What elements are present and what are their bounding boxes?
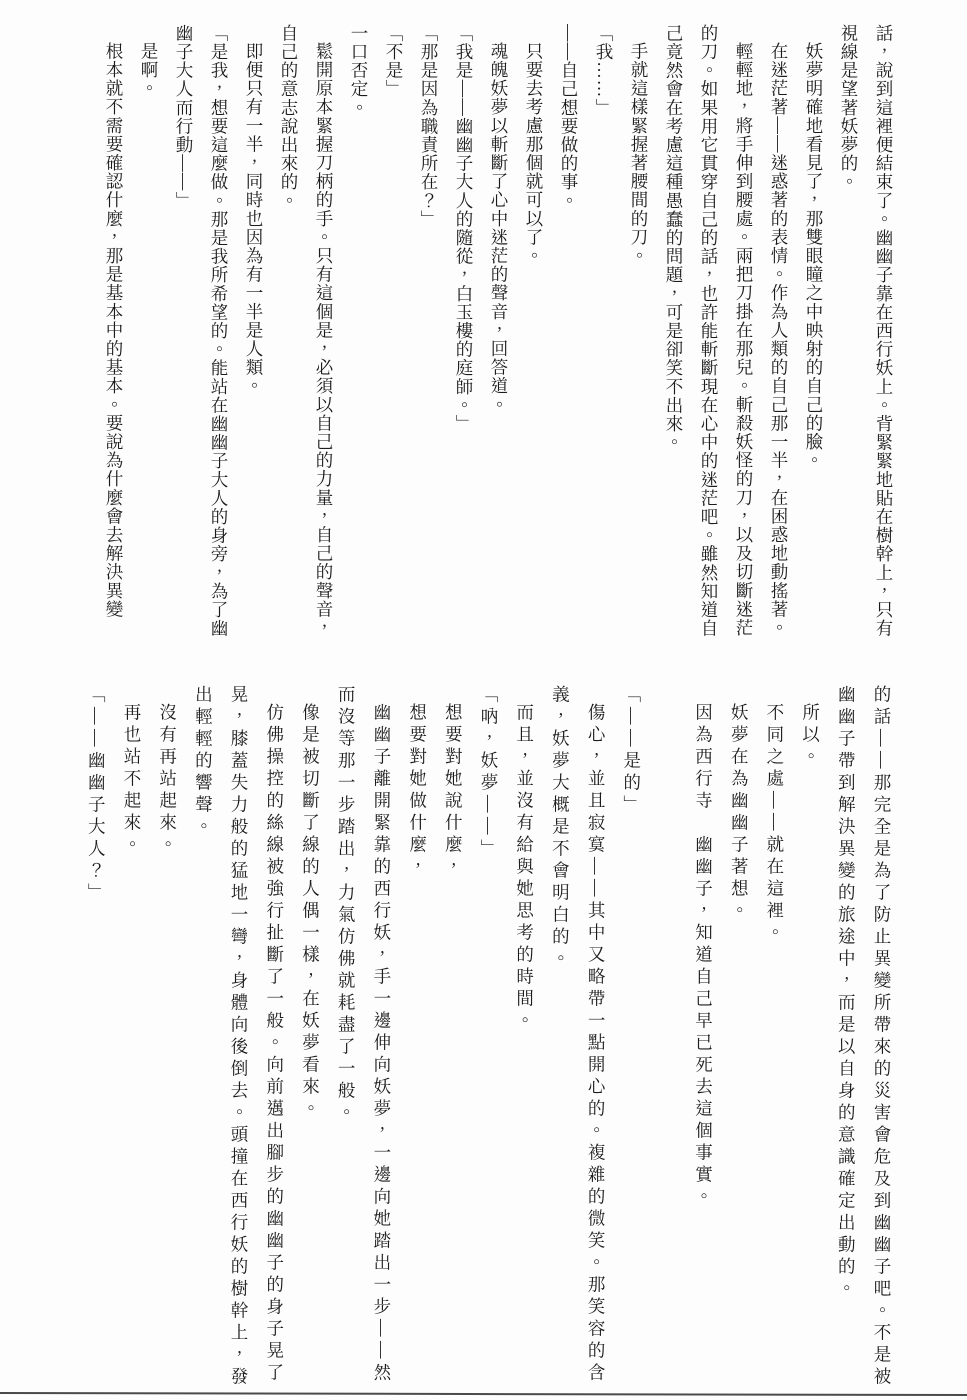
paragraph: 沒有再站起來。	[149, 685, 185, 1389]
paragraph: 幽幽子離開緊靠的西行妖，手一邊伸向妖夢，一邊向她踏出一步——然而沒等那一步踏出，…	[327, 685, 398, 1389]
paragraph: 不同之處——就在這裡。	[756, 685, 792, 1389]
paragraph: 手就這樣緊握著腰間的刀。	[621, 24, 656, 640]
paragraph: 的話——那完全是為了防止異變所帶來的災害會危及到幽幽子吧。不是被幽幽子帶到解決異…	[828, 685, 899, 1389]
paragraph: 話，說到這裡便結束了。幽幽子靠在西行妖上。背緊緊地貼在樹幹上，只有視線是望著妖夢…	[831, 24, 901, 640]
paragraph: 仿佛操控的絲線被強行扯斷了一般。向前邁出腳步的幽幽子的身子晃了晃，膝蓋失力般的猛…	[185, 685, 292, 1389]
page-bottom-edge	[0, 1392, 967, 1396]
paragraph: 所以。	[792, 685, 828, 1389]
paragraph: 「——是的」	[613, 685, 649, 1389]
paragraph: 「吶，妖夢——」	[470, 685, 506, 1389]
paragraph: 想要對她做什麼，	[399, 685, 435, 1389]
paragraph: 只要去考慮那個就可以了。	[516, 24, 551, 640]
paragraph: 輕輕地，將手伸到腰處。兩把刀掛在那兒。斬殺妖怪的刀，以及切斷迷茫的刀。如果用它貫…	[656, 24, 761, 640]
paragraph: 「——幽幽子大人？」	[78, 685, 114, 1389]
paragraph: 根本就不需要確認什麼，那是基本中的基本。要說為什麼會去解決異變	[96, 24, 131, 640]
paragraph: 想要對她說什麼，	[435, 685, 471, 1389]
paragraph: 鬆開原本緊握刀柄的手。只有這個是，必須以自己的力量，自己的聲音，自己的意志說出來…	[271, 24, 341, 640]
paragraph: 「是我，想要這麼做。那是我所希望的。能站在幽幽子大人的身旁，為了幽幽子大人而行動…	[166, 24, 236, 640]
paragraph: 「我是——幽幽子大人的隨從，白玉樓的庭師。」	[446, 24, 481, 640]
paragraph: 而且，並沒有給與她思考的時間。	[506, 685, 542, 1389]
paragraph: 一口否定。	[341, 24, 376, 640]
novel-page-scan: 話，說到這裡便結束了。幽幽子靠在西行妖上。背緊緊地貼在樹幹上，只有視線是望著妖夢…	[0, 0, 967, 1400]
paragraph: 妖夢明確地看見了，那雙眼瞳之中映射的自己的臉。	[796, 24, 831, 640]
paragraph: 「那是因為職責所在？」	[411, 24, 446, 640]
text-block-top: 話，說到這裡便結束了。幽幽子靠在西行妖上。背緊緊地貼在樹幹上，只有視線是望著妖夢…	[95, 24, 901, 640]
blank-line	[649, 685, 685, 1389]
paragraph: ——自己想要做的事。	[551, 24, 586, 640]
paragraph: 傷心，並且寂寞——其中又略帶一點開心的。複雜的微笑。那笑容的含義，妖夢大概是不會…	[542, 685, 613, 1389]
paragraph: 「不是」	[376, 24, 411, 640]
paragraph: 妖夢在為幽幽子著想。	[720, 685, 756, 1389]
paragraph: 「我……」	[586, 24, 621, 640]
text-block-bottom: 的話——那完全是為了防止異變所帶來的災害會危及到幽幽子吧。不是被幽幽子帶到解決異…	[77, 685, 899, 1389]
paragraph: 像是被切斷了線的人偶一樣，在妖夢看來。	[292, 685, 328, 1389]
paragraph: 是啊。	[131, 24, 166, 640]
paragraph: 再也站不起來。	[113, 685, 149, 1389]
paragraph: 在迷茫著——迷惑著的表情。作為人類的自己那一半，在困惑地動搖著。	[761, 24, 796, 640]
paragraph: 即便只有一半，同時也因為有一半是人類。	[236, 24, 271, 640]
paragraph: 魂魄妖夢以斬斷了心中迷茫的聲音，回答道。	[481, 24, 516, 640]
paragraph: 因為西行寺 幽幽子，知道自己早已死去這個事實。	[685, 685, 721, 1389]
